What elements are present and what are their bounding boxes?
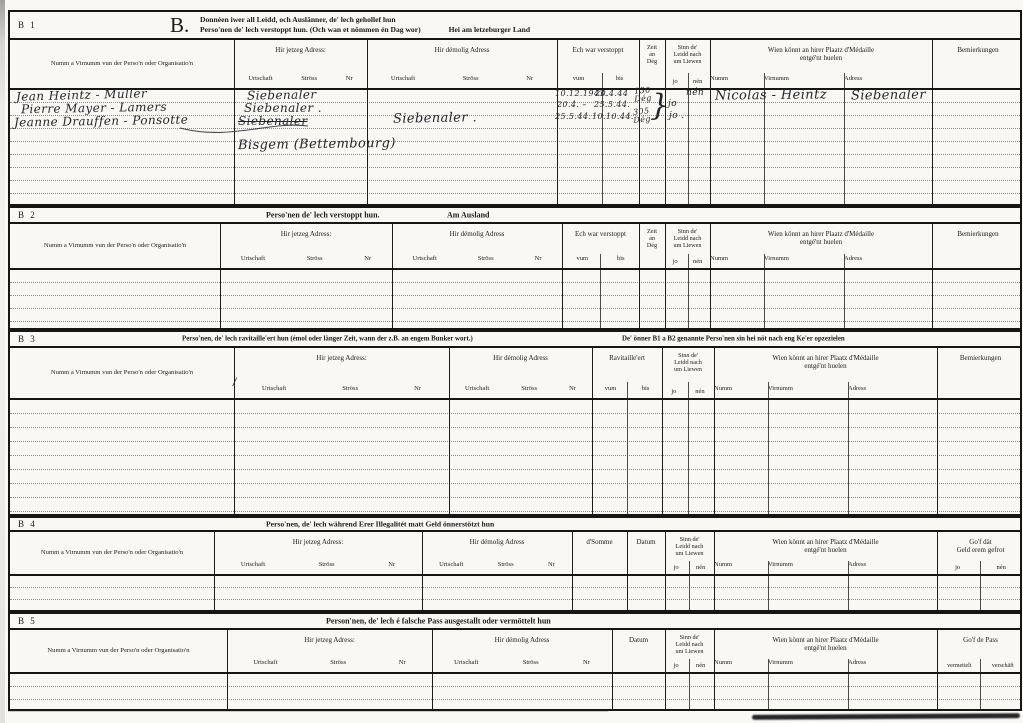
hgroup-element: d'Somme: [572, 538, 627, 546]
hgroup-element: Go'f de Pass: [937, 636, 1023, 644]
vl-element: [665, 532, 666, 574]
span: Nr: [526, 75, 533, 82]
span: Dég: [647, 242, 657, 249]
ruled-row: [10, 576, 1020, 588]
span: Ströss: [319, 561, 335, 568]
span: nén: [693, 258, 702, 265]
vl-element: [848, 576, 849, 610]
b4-col-name: Numm a Virnumm vun der Perso'n oder Orga…: [10, 532, 214, 574]
b1-col-medaille: Wien könnt an hirer Plaatz d'Médailleent…: [710, 40, 932, 88]
b5-col-datum: Datum: [612, 630, 665, 672]
ruled-row: [10, 283, 1020, 296]
vl-element: [714, 400, 715, 514]
span: Ströss: [301, 75, 317, 82]
span: Ströss: [523, 659, 539, 666]
ruled-row: [10, 428, 1020, 442]
vl-element: [714, 348, 715, 398]
b4-col-demolig: Hir démolig Adress UrtschaftStrössNr: [422, 532, 572, 574]
hgroup-element: Wien könnt an hirer Plaatz d'Médailleent…: [710, 230, 932, 246]
vl-element: [980, 561, 981, 574]
hw-bis-2: 25.5.44.: [594, 100, 630, 109]
ruled-row: [10, 442, 1020, 456]
span: Urtschaft: [413, 255, 437, 262]
ruled-row: [10, 470, 1020, 484]
vl-element: [768, 400, 769, 514]
b5-column-headers: Numm a Virnumm vun der Perso'n oder Orga…: [10, 630, 1020, 674]
span: verschäft: [992, 663, 1014, 669]
hw-vum-2: 20.4. –: [557, 100, 587, 109]
vl-element: [392, 270, 393, 328]
vl-element: [844, 90, 845, 204]
b2-body: [10, 270, 1020, 328]
stack3-element: Sinn de'Leidd nachum Liewen: [665, 228, 710, 249]
vl-element: [612, 630, 613, 672]
ruled-row: [10, 456, 1020, 470]
vl-element: [937, 576, 938, 610]
span: um Liewen: [673, 58, 701, 65]
span: Numm: [714, 561, 768, 568]
vl-element: [602, 73, 603, 88]
vl-element: [937, 674, 938, 709]
ruled-row: [10, 588, 1020, 600]
span: Virnumm: [764, 75, 844, 82]
span: Nr: [346, 75, 353, 82]
vl-element: [714, 674, 715, 709]
b1-col-zeit: ZeitanDég: [639, 40, 665, 88]
hgroup-element: Ech war verstoppt: [557, 46, 639, 54]
hgroup-element: Hir démolig Adress: [392, 230, 562, 238]
vl-element: [572, 532, 573, 574]
b1-title-line1: Donnéen iwer all Leidd, och Auslänner, d…: [200, 15, 530, 25]
span: an: [649, 51, 655, 58]
vl-element: [764, 254, 765, 268]
vl-element: [627, 400, 628, 514]
span: Adress: [848, 561, 937, 568]
b1-title-line2b: Hei am letzeburger Land: [449, 25, 530, 34]
span: bis: [617, 255, 625, 262]
vl-element: [665, 40, 666, 88]
b5-body: [10, 674, 1020, 709]
vl-element: [449, 400, 450, 514]
b2-col-name: Numm a Virnumm vun der Perso'n oder Orga…: [10, 224, 220, 268]
b3-body: [10, 400, 1020, 514]
span: um Liewen: [675, 648, 703, 655]
span: Ströss: [330, 659, 346, 666]
b2-column-headers: Numm a Virnumm vun der Perso'n oder Orga…: [10, 224, 1020, 270]
span: Sinn de': [678, 44, 698, 51]
vl-element: [572, 576, 573, 610]
span: Leidd nach: [676, 641, 704, 648]
b2-col-jetzeg: Hir jetzeg Adress: UrtschaftStrössNr: [220, 224, 392, 268]
scan-bottom-line: [8, 711, 608, 712]
hgroup-element: Wien könnt an hirer Plaatz d'Médailleent…: [714, 354, 937, 370]
span: Wien könnt an hirer Plaatz d'Médaille: [710, 46, 932, 54]
ruled-row: [10, 142, 1020, 155]
span: um Liewen: [675, 550, 703, 557]
vl-element: [844, 270, 845, 328]
vl-element: [557, 40, 558, 88]
hw-sinn-nen: nén: [686, 88, 704, 98]
span: entgé'nt huelen: [710, 54, 932, 62]
vl-element: [714, 532, 715, 574]
vl-element: [214, 532, 215, 574]
ruled-row: [10, 296, 1020, 309]
span: Ströss: [478, 255, 494, 262]
span: Sinn de': [678, 352, 698, 359]
span: jo: [671, 388, 676, 395]
span: Urtschaft: [253, 659, 277, 666]
vl-element: [688, 382, 689, 398]
span: Sinn de': [680, 536, 700, 543]
hgroup-element: Datum: [612, 636, 665, 644]
hgroup-element: Hir jetzeg Adress:: [227, 636, 432, 644]
span: entgé'nt huelen: [714, 362, 937, 370]
ruled-row: [10, 168, 1020, 181]
vl-element: [688, 73, 689, 88]
vl-element: [234, 40, 235, 88]
vl-element: [844, 254, 845, 268]
vl-element: [710, 270, 711, 328]
vl-element: [639, 40, 640, 88]
span: nén: [695, 388, 704, 395]
span: entgé'nt huelen: [714, 644, 937, 652]
hsubs-element: NummVirnummAdress: [710, 75, 932, 82]
ruled-row: [10, 309, 1020, 322]
span: Urtschaft: [465, 385, 489, 392]
vl-element: [600, 254, 601, 268]
ruled-row: [10, 414, 1020, 428]
hgroup-element: Wien könnt an hirer Plaatz d'Médailleent…: [714, 538, 937, 554]
span: an: [649, 235, 655, 242]
vl-element: [220, 270, 221, 328]
vl-element: [980, 659, 981, 672]
hname-element: Numm a Virnumm vun der Perso'n oder Orga…: [14, 647, 223, 655]
ruled-row: [10, 270, 1020, 283]
vl-element: [627, 576, 628, 610]
span: Go'f dät: [937, 538, 1023, 546]
span: Wien könnt an hirer Plaatz d'Médaille: [714, 354, 937, 362]
b4-label: B 4: [18, 519, 37, 529]
b1-col-jetzeg: Hir jetzeg Adress: UrtschaftStrössNr: [234, 40, 367, 88]
vl-element: [932, 40, 933, 88]
b5-label: B 5: [18, 616, 37, 626]
vl-element: [422, 576, 423, 610]
hsubs-element: UrtschaftStrössNr: [422, 561, 572, 568]
span: Nr: [399, 659, 406, 666]
ruled-row: [10, 194, 1020, 204]
vl-element: [665, 674, 666, 709]
stack3-element: Sinn de'Leidd nachum Liewen: [662, 352, 714, 373]
vl-element: [768, 674, 769, 709]
hsubs-element: UrtschaftStrössNr: [220, 255, 392, 262]
scan-edge-artifact: [0, 0, 5, 723]
section-b5: B 5 Person'nen, de' lech é falsche Pass …: [8, 612, 1022, 711]
ruled-row: [10, 400, 1020, 414]
span: vermettelt: [947, 663, 971, 669]
span: Nr: [535, 255, 542, 262]
vl-element: [592, 348, 593, 398]
b1-header: B 1 B. Donnéen iwer all Leidd, och Auslä…: [10, 12, 1020, 40]
section-b2: B 2 Perso'nen de' lech verstoppt hun. Am…: [8, 206, 1022, 330]
span: Urtschaft: [391, 75, 415, 82]
hw-medaille-adress: Siebenaler: [851, 87, 926, 103]
hgroup-element: Hir démolig Adress: [422, 538, 572, 546]
hgroup-element: Bemierkungen: [932, 46, 1023, 54]
scanned-form-page: { "common": { "name_col": "Numm a Virnum…: [0, 0, 1023, 723]
vl-element: [449, 348, 450, 398]
span: vum: [576, 255, 588, 262]
span: Urtschaft: [241, 255, 265, 262]
span: um Liewen: [674, 366, 702, 373]
vl-element: [665, 270, 666, 328]
b1-titles: Donnéen iwer all Leidd, och Auslänner, d…: [200, 15, 530, 35]
span: nén: [693, 78, 702, 85]
hname-element: Numm a Virnumm vun der Perso'n oder Orga…: [14, 369, 230, 377]
vl-element: [214, 576, 215, 610]
hgroup-element: Hir démolig Adress: [449, 354, 592, 362]
hw-medaille-name: Nicolas - Heintz: [715, 87, 827, 103]
b3-col-name: Numm a Virnumm vun der Perso'n oder Orga…: [10, 348, 234, 398]
span: Nr: [414, 385, 421, 392]
b4-col-medaille: Wien könnt an hirer Plaatz d'Médailleent…: [714, 532, 937, 574]
span: Wien könnt an hirer Plaatz d'Médaille: [714, 538, 937, 546]
hgroup-element: Hir jetzeg Adress:: [234, 354, 449, 362]
b4-col-somme: d'Somme: [572, 532, 627, 574]
span: Zeit: [647, 44, 657, 51]
vl-element: [768, 659, 769, 672]
hgroup-element: Datum: [627, 538, 665, 546]
span: Virnumm: [768, 385, 848, 392]
ruled-row: [10, 155, 1020, 168]
span: jo: [674, 662, 679, 669]
stack3-element: Sinn de'Leidd nachum Liewen: [665, 44, 710, 65]
span: jo: [955, 564, 960, 571]
vl-element: [848, 400, 849, 514]
span: Urtschaft: [439, 561, 463, 568]
hsubs-element: UrtschaftStrössNr: [432, 659, 612, 666]
span: Ströss: [498, 561, 514, 568]
span: nén: [696, 564, 705, 571]
span: Nr: [548, 561, 555, 568]
b3-col-medaille: Wien könnt an hirer Plaatz d'Médailleent…: [714, 348, 937, 398]
vl-element: [768, 576, 769, 610]
span: Virnumm: [768, 561, 848, 568]
b2-col-zeit: ZeitanDég: [639, 224, 665, 268]
span: Urtschaft: [262, 385, 286, 392]
vl-element: [688, 270, 689, 328]
span: Numm: [710, 75, 764, 82]
section-b4: B 4 Perso'nen, de' lech während Erer Ill…: [8, 516, 1022, 612]
b3-label: B 3: [18, 334, 37, 344]
vl-element: [234, 90, 235, 204]
b3-col-jetzeg: Hir jetzeg Adress: UrtschaftStrössNr: [234, 348, 449, 398]
vl-element: [937, 348, 938, 398]
section-b3: B 3 Perso'nen, de' lech ravitaille'ert h…: [8, 330, 1022, 516]
b5-col-demolig: Hir démolig Adress UrtschaftStrössNr: [432, 630, 612, 672]
hgroup-element: Wien könnt an hirer Plaatz d'Médailleent…: [710, 46, 932, 62]
vl-element: [432, 630, 433, 672]
span: Leidd nach: [674, 235, 702, 242]
ruled-row: [10, 600, 1020, 610]
vl-element: [932, 270, 933, 328]
b1-column-headers: Numm a Virnumm vun der Perso'n oder Orga…: [10, 40, 1020, 90]
vl-element: [689, 561, 690, 574]
vl-element: [639, 224, 640, 268]
b1-label: B 1: [18, 20, 37, 30]
b3-title2: De' önner B1 a B2 genannte Perso'nen sin…: [622, 336, 845, 343]
span: Adress: [844, 255, 932, 262]
span: jo: [673, 78, 678, 85]
vl-element: [714, 630, 715, 672]
span: Wien könnt an hirer Plaatz d'Médaille: [710, 230, 932, 238]
hw-bis-1: 20.4.44: [595, 89, 628, 98]
hgroup-element: Hir démolig Adress: [367, 46, 557, 54]
vl-element: [665, 576, 666, 610]
vl-element: [665, 630, 666, 672]
hsubs-element: UrtschaftStrössNr: [392, 255, 562, 262]
vl-element: [764, 90, 765, 204]
hgroup-element: Go'f dätGeld erem gefrot: [937, 538, 1023, 554]
vl-element: [562, 270, 563, 328]
vl-element: [600, 270, 601, 328]
hw-jetzeg-3-struck: Siebenaler: [238, 114, 308, 128]
hgroup-element: Wien könnt an hirer Plaatz d'Médailleent…: [714, 636, 937, 652]
hgroup-element: Bemierkungen: [937, 354, 1023, 362]
span: Nr: [388, 561, 395, 568]
vl-element: [980, 674, 981, 709]
vl-element: [662, 400, 663, 514]
vl-element: [848, 561, 849, 574]
ruled-row: [10, 129, 1020, 142]
vl-element: [768, 561, 769, 574]
vl-element: [665, 224, 666, 268]
b5-col-jetzeg: Hir jetzeg Adress: UrtschaftStrössNr: [227, 630, 432, 672]
b4-header: B 4 Perso'nen, de' lech während Erer Ill…: [10, 518, 1020, 532]
vl-element: [932, 90, 933, 204]
vl-element: [848, 659, 849, 672]
span: Nr: [569, 385, 576, 392]
vl-element: [662, 348, 663, 398]
vl-element: [710, 90, 711, 204]
hw-jetzeg-2: Siebenaler .: [244, 101, 322, 115]
b1-col-demolig: Hir démolig Adress UrtschaftStrössNr: [367, 40, 557, 88]
b2-label: B 2: [18, 210, 37, 220]
span: jo: [674, 564, 679, 571]
hgroup-element: Hir démolig Adress: [432, 636, 612, 644]
vl-element: [848, 674, 849, 709]
span: Geld erem gefrot: [937, 546, 1023, 554]
vl-element: [367, 40, 368, 88]
span: Zeit: [647, 228, 657, 235]
hgroup-element: Hir jetzeg Adress:: [214, 538, 422, 546]
hw-bis-3: 10.10.44.: [592, 112, 634, 121]
stack3-element: ZeitanDég: [639, 228, 665, 249]
hw-b3-mark: /: [233, 377, 237, 388]
vl-element: [227, 674, 228, 709]
vl-element: [562, 224, 563, 268]
vl-element: [937, 400, 938, 514]
vl-element: [689, 576, 690, 610]
b1-big-letter: B.: [170, 13, 189, 38]
hsubs-element: vumbis: [557, 75, 639, 82]
hname-element: Numm a Virnumm vun der Perso'n oder Orga…: [14, 549, 210, 557]
ruled-row: [10, 674, 1020, 687]
ruled-row: [10, 687, 1020, 700]
span: Nr: [583, 659, 590, 666]
span: Ströss: [521, 385, 537, 392]
b2-col-medaille: Wien könnt an hirer Plaatz d'Médailleent…: [710, 224, 932, 268]
vl-element: [764, 270, 765, 328]
hsubs-element: NummVirnummAdress: [714, 561, 937, 568]
span: Urtschaft: [241, 561, 265, 568]
b4-body: [10, 576, 1020, 610]
b2-title: Perso'nen de' lech verstoppt hun.: [266, 211, 380, 220]
b3-title1: Perso'nen, de' lech ravitaille'ert hun (…: [182, 336, 473, 343]
b2-col-bem: Bemierkungen: [932, 224, 1023, 268]
vl-element: [710, 40, 711, 88]
hsubs-element: UrtschaftStrössNr: [367, 75, 557, 82]
span: Leidd nach: [674, 359, 702, 366]
span: vum: [573, 75, 585, 82]
b2-col-demolig: Hir démolig Adress UrtschaftStrössNr: [392, 224, 562, 268]
hsubs-element: UrtschaftStrössNr: [234, 75, 367, 82]
hsubs-element: UrtschaftStrössNr: [227, 659, 432, 666]
span: jo: [673, 258, 678, 265]
hw-sinn-jo-2: jo .: [669, 111, 685, 121]
span: Ströss: [463, 75, 479, 82]
b1-col-name: Numm a Virnumm vun der Perso'n oder Orga…: [10, 40, 234, 88]
vl-element: [627, 382, 628, 398]
span: bis: [616, 75, 624, 82]
vl-element: [848, 382, 849, 398]
span: Adress: [848, 385, 937, 392]
hw-demolig: Siebenaler .: [393, 110, 477, 126]
hgroup-element: Ravitaille'ert: [592, 354, 662, 362]
span: Sinn de': [680, 634, 700, 641]
b1-col-bem: Bemierkungen: [932, 40, 1023, 88]
hgroup-element: Ech war verstoppt: [562, 230, 639, 238]
hgroup-element: Hir jetzeg Adress:: [234, 46, 367, 54]
hname-element: Numm a Virnumm vun der Perso'n oder Orga…: [14, 242, 216, 250]
hsubs-element: UrtschaftStrössNr: [449, 385, 592, 392]
hw-sinn-jo-1: jo: [668, 99, 677, 109]
span: Virnumm: [764, 255, 844, 262]
hsubs-element: UrtschaftStrössNr: [234, 385, 449, 392]
vl-element: [714, 576, 715, 610]
hsubs-element: UrtschaftStrössNr: [214, 561, 422, 568]
vl-element: [234, 400, 235, 514]
span: Leidd nach: [676, 543, 704, 550]
span: Wien könnt an hirer Plaatz d'Médaille: [714, 636, 937, 644]
b2-header: B 2 Perso'nen de' lech verstoppt hun. Am…: [10, 208, 1020, 224]
span: Adress: [848, 659, 937, 666]
span: bis: [642, 385, 650, 392]
span: nén: [696, 662, 705, 669]
span: Urtschaft: [454, 659, 478, 666]
vl-element: [592, 400, 593, 514]
b3-header: B 3 Perso'nen, de' lech ravitaille'ert h…: [10, 332, 1020, 348]
vl-element: [639, 270, 640, 328]
b4-col-datum: Datum: [627, 532, 665, 574]
vl-element: [689, 674, 690, 709]
hsubs-element: NummVirnummAdress: [714, 385, 937, 392]
span: Numm: [714, 385, 768, 392]
hgroup-element: Bemierkungen: [932, 230, 1023, 238]
b3-col-demolig: Hir démolig Adress UrtschaftStrössNr: [449, 348, 592, 398]
b5-title: Person'nen, de' lech é falsche Pass ausg…: [326, 617, 551, 626]
hw-vum-3: 25.5.44.: [555, 112, 591, 121]
span: Perso'nen de' lech verstoppt hun. (Och w…: [200, 25, 421, 34]
